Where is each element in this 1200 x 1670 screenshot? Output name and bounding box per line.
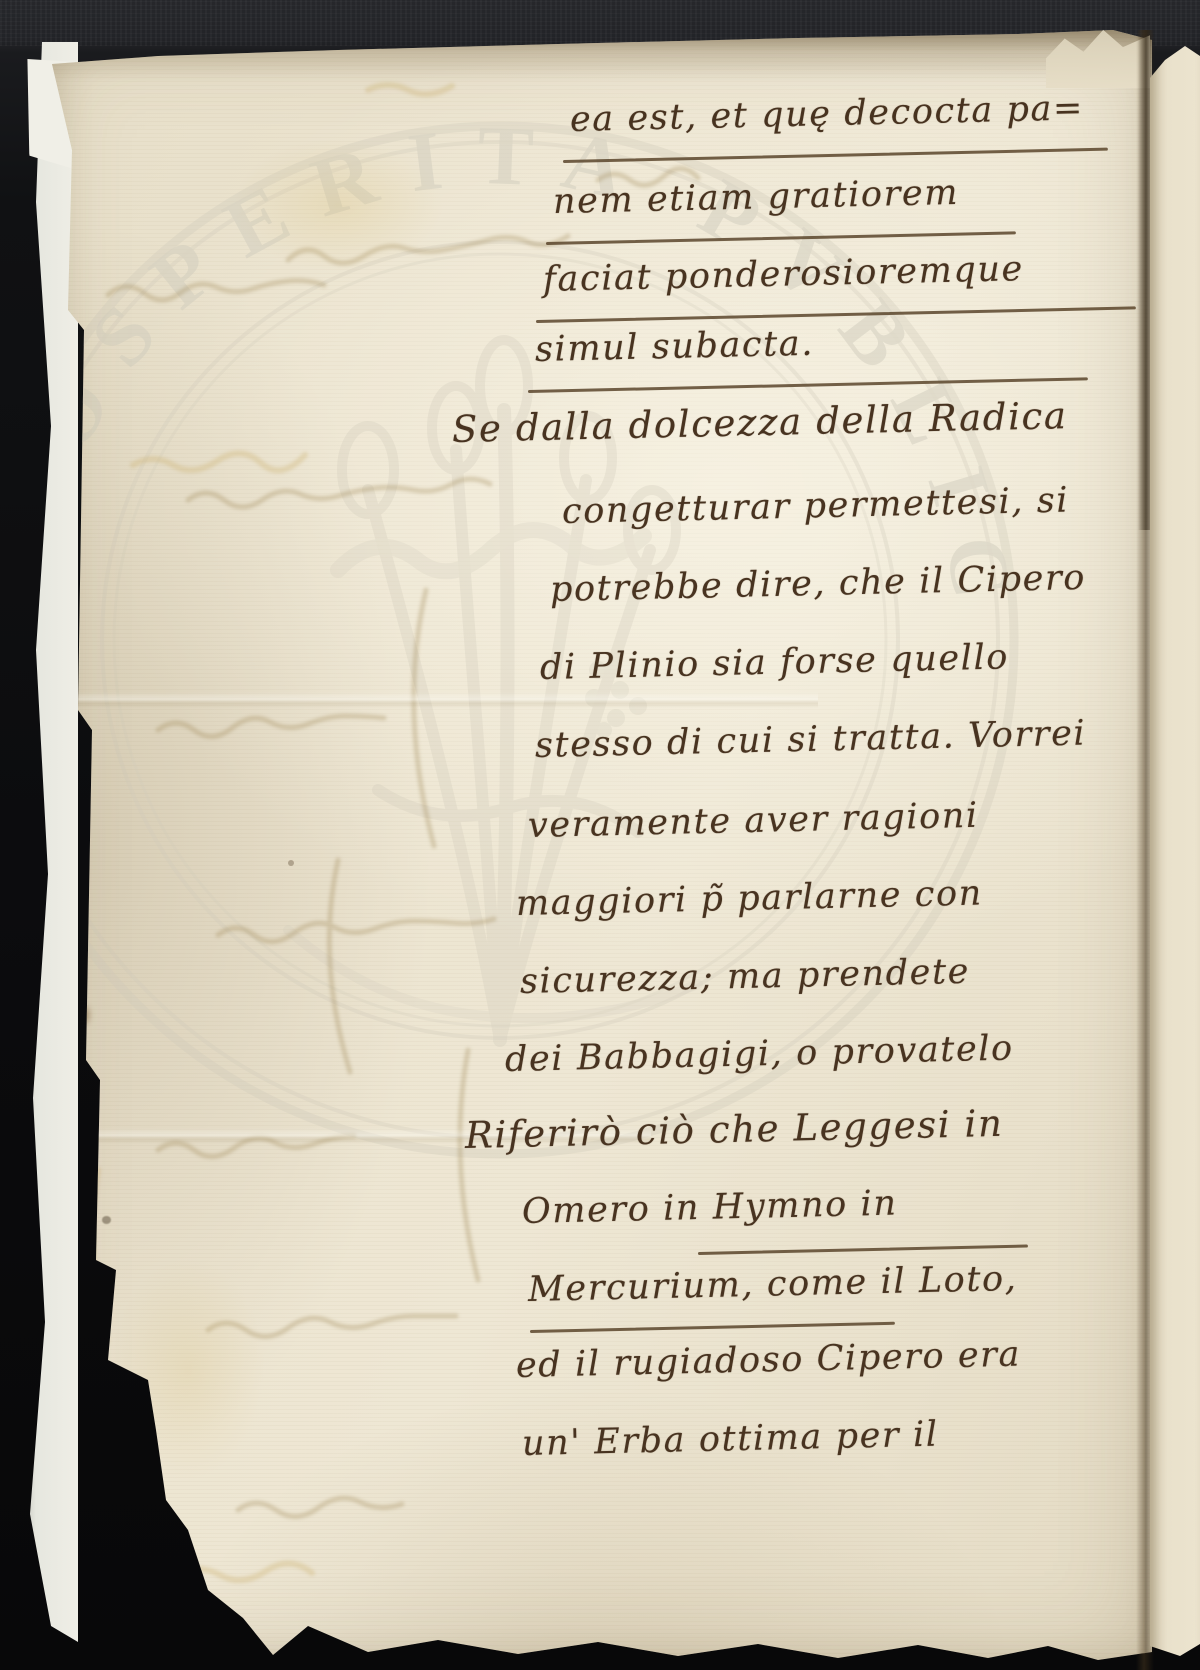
line-text: Riferirò ciò che Leggesi in (465, 1102, 1004, 1157)
pen-underline (530, 1322, 895, 1333)
line-text: di Plinio sia forse quello (540, 637, 1010, 688)
line-text: ea est, et quę decocta pa= (570, 88, 1085, 140)
adjacent-page-edge (1150, 26, 1200, 1670)
pen-underline (698, 1245, 1028, 1255)
pen-underline (563, 148, 1108, 163)
manuscript-line: faciat ponderosioremque (543, 249, 1025, 300)
manuscript-line: stesso di cui si tratta. Vorrei (535, 713, 1087, 765)
line-text-underlined: Mercurium (528, 1265, 742, 1310)
manuscript-line: Mercurium, come il Loto, (528, 1259, 1018, 1310)
pen-underline (546, 231, 1016, 245)
pen-underline (528, 377, 1088, 393)
line-text: veramente aver ragioni (528, 796, 980, 846)
line-text: , come il Loto, (741, 1259, 1018, 1305)
manuscript-page: PROSPERITA PVBLICA (38, 30, 1152, 1670)
line-text: dei Babbagigi, o provatelo (505, 1028, 1015, 1080)
manuscript-line: un' Erba ottima per il (522, 1415, 939, 1464)
line-text: sicurezza; ma prendete (520, 952, 971, 1002)
line-text: potrebbe dire, che il Cipero (550, 558, 1087, 610)
ink-speck (102, 1216, 111, 1224)
line-text: nem etiam gratiorem (553, 173, 960, 222)
line-text: stesso di cui si tratta. Vorrei (535, 713, 1087, 765)
line-text: ed il rugiadoso Cipero era (516, 1335, 1022, 1386)
pen-underline (536, 306, 1136, 323)
manuscript-line: maggiori p̃ parlarne con (516, 873, 984, 924)
manuscript-line: nem etiam gratiorem (553, 173, 960, 222)
paper-stain (78, 1210, 298, 1530)
line-text-underlined: Hymno in (712, 1183, 898, 1227)
manuscript-line: ed il rugiadoso Cipero era (516, 1335, 1022, 1386)
paper-stain (188, 110, 488, 300)
ink-speck (288, 860, 294, 866)
line-text: congetturar permettesi, si (562, 480, 1070, 531)
manuscript-line: Omero in Hymno in (522, 1183, 898, 1232)
manuscript-line: simul subacta. (535, 324, 815, 370)
line-text: simul subacta. (535, 324, 815, 370)
manuscript-line: di Plinio sia forse quello (540, 637, 1010, 688)
paper-crease (38, 692, 818, 708)
manuscript-line: sicurezza; ma prendete (520, 952, 971, 1002)
line-text: maggiori p̃ parlarne con (516, 873, 984, 924)
line-text: Omero in (522, 1188, 714, 1232)
line-text: faciat ponderosioremque (543, 249, 1025, 300)
manuscript-line: ea est, et quę decocta pa= (570, 88, 1085, 140)
line-text: Se dalla dolcezza della Radica (452, 394, 1068, 451)
manuscript-line: potrebbe dire, che il Cipero (550, 558, 1087, 610)
scan-background: PROSPERITA PVBLICA (0, 0, 1200, 1670)
manuscript-line: veramente aver ragioni (528, 796, 980, 846)
manuscript-line: dei Babbagigi, o provatelo (505, 1028, 1015, 1080)
line-text: un' Erba ottima per il (522, 1415, 939, 1464)
manuscript-line: Riferirò ciò che Leggesi in (465, 1102, 1004, 1157)
manuscript-line: Se dalla dolcezza della Radica (452, 394, 1068, 451)
manuscript-line: congetturar permettesi, si (562, 480, 1070, 531)
